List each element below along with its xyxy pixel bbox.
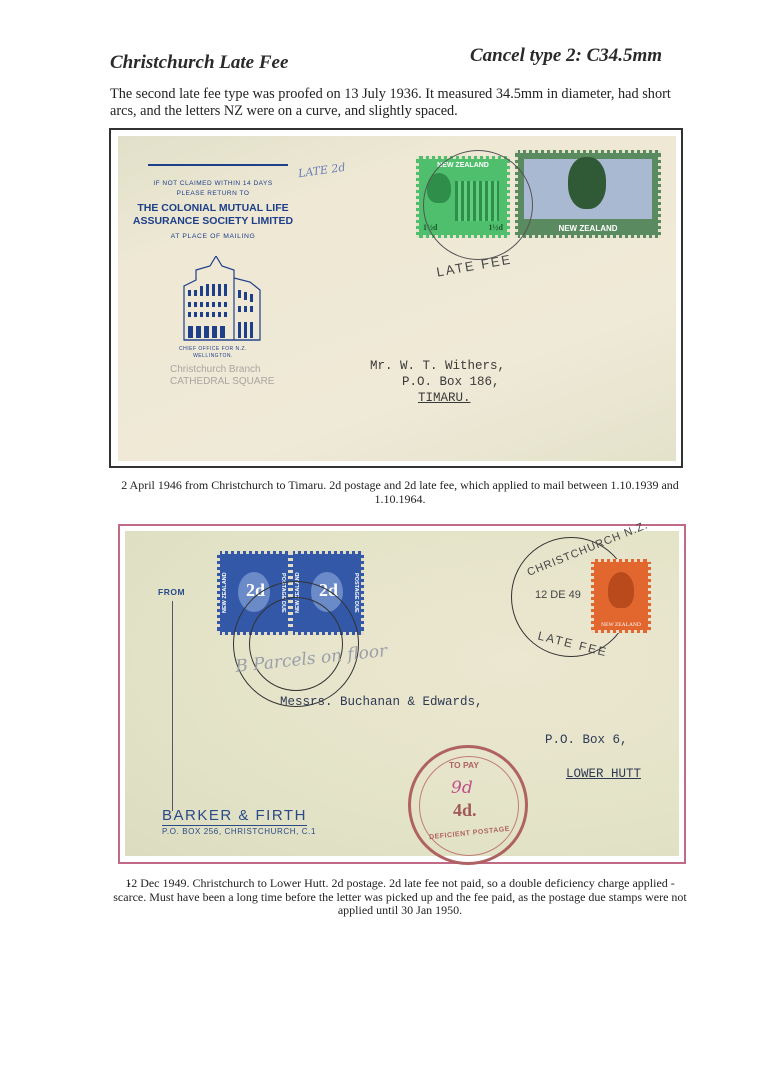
branch-handstamp: Christchurch Branch CATHEDRAL SQUARE (170, 364, 274, 388)
manuscript-late: LATE 2d (297, 161, 346, 180)
corner-card-line5: AT PLACE OF MAILING (118, 233, 308, 240)
stamp-air-force-3d: NEW ZEALAND (515, 150, 661, 238)
cancel-type-heading: Cancel type 2: C34.5mm (470, 45, 662, 67)
branch-line1: Christchurch Branch (170, 364, 274, 376)
corner-card-line2: PLEASE RETURN TO (118, 190, 308, 197)
to-pay-manuscript: 9d (451, 778, 473, 798)
sender-name: BARKER & FIRTH (162, 807, 307, 826)
from-divider (172, 601, 173, 811)
corner-card-rule (148, 164, 288, 166)
to-pay-label: TO PAY (449, 760, 479, 770)
address-line3: TIMARU. (370, 390, 505, 406)
stamp-orange-2d: NEW ZEALAND (591, 559, 651, 633)
corner-card-line1: IF NOT CLAIMED WITHIN 14 DAYS (118, 180, 308, 187)
king-portrait-icon (608, 572, 634, 608)
cover1-address: Mr. W. T. Withers, P.O. Box 186, TIMARU. (370, 358, 505, 406)
cover1-envelope: IF NOT CLAIMED WITHIN 14 DAYS PLEASE RET… (118, 136, 676, 461)
late-fee-cancel-ring (423, 150, 533, 260)
stamp-country: NEW ZEALAND (222, 558, 232, 628)
intro-text: The second late fee type was proofed on … (110, 86, 690, 120)
christchurch-cancel-date: 12 DE 49 (535, 589, 581, 601)
cover1-caption: 2 April 1946 from Christchurch to Timaru… (110, 478, 690, 506)
chief-office-city: WELLINGTON. (118, 353, 308, 359)
address-line2: P.O. Box 6, (545, 733, 628, 747)
stamp-country: NEW ZEALAND (594, 622, 648, 628)
cover2-caption: 12 Dec 1949. Christchurch to Lower Hutt.… (110, 877, 690, 918)
stamp-country: NEW ZEALAND (518, 224, 658, 233)
postage-due-cancel-inner-ring (249, 597, 343, 691)
address-line1: Mr. W. T. Withers, (370, 358, 505, 374)
address-line3: LOWER HUTT (566, 767, 641, 781)
chief-office-label: CHIEF OFFICE FOR N.Z. (118, 346, 308, 352)
address-line2: P.O. Box 186, (370, 374, 505, 390)
corner-card-line3: THE COLONIAL MUTUAL LIFE (118, 202, 308, 214)
rnzaf-badge-icon (568, 157, 606, 209)
sender-address: P.O. BOX 256, CHRISTCHURCH, C.1 (162, 827, 316, 836)
cover2-envelope: FROM NEW ZEALAND 2d POSTAGE DUE NEW ZEAL… (125, 531, 679, 856)
to-pay-amount: 4d. (453, 800, 477, 821)
address-line1: Messrs. Buchanan & Edwards, (280, 695, 483, 709)
page-title: Christchurch Late Fee (110, 52, 288, 74)
building-illustration-icon (180, 256, 264, 342)
corner-card-line4: ASSURANCE SOCIETY LIMITED (118, 215, 308, 227)
to-pay-handstamp: TO PAY 9d 4d. DEFICIENT POSTAGE (408, 745, 528, 865)
branch-line2: CATHEDRAL SQUARE (170, 376, 274, 388)
from-label: FROM (158, 587, 185, 597)
